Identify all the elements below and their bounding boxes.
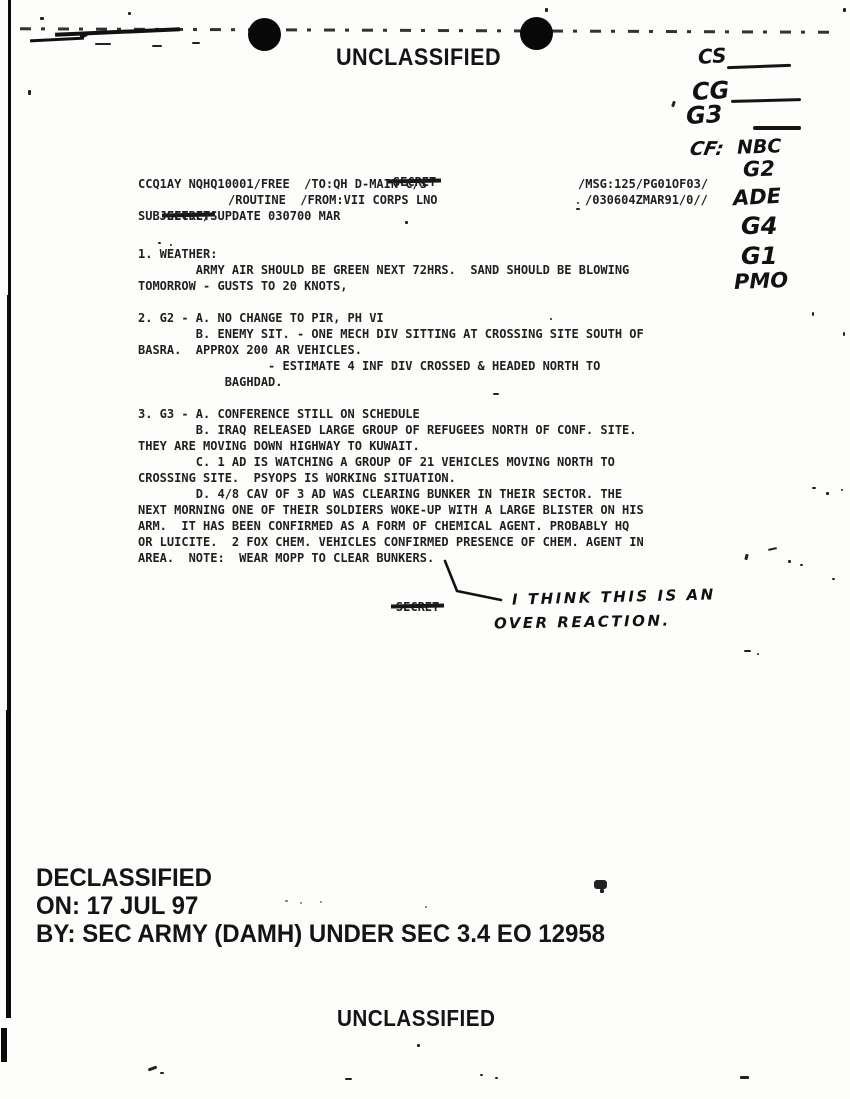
noise-speck	[757, 653, 759, 655]
noise-speck	[768, 547, 777, 551]
routing-g2: G2	[743, 156, 776, 181]
routing-cs: CS	[697, 43, 727, 69]
message-subject-line: SUBJECT:C/SUPDATE 030700 MAR	[138, 208, 340, 224]
routing-cf-value: NBC	[737, 135, 782, 159]
noise-speck	[843, 8, 846, 12]
routing-pmo: PMO	[734, 268, 789, 294]
noise-speck	[152, 45, 162, 47]
noise-speck	[95, 43, 111, 45]
declassified-stamp-line1: DECLASSIFIED	[36, 864, 212, 892]
declassified-stamp-line3: BY: SEC ARMY (DAMH) UNDER SEC 3.4 EO 129…	[36, 920, 605, 948]
handwritten-note-line1: I THINK THIS IS AN	[512, 585, 716, 608]
routing-g3: G3	[685, 100, 723, 130]
declassified-stamp-line2: ON: 17 JUL 97	[36, 892, 198, 920]
noise-speck	[40, 17, 44, 20]
noise-speck	[148, 1066, 157, 1072]
noise-speck	[744, 554, 748, 561]
noise-speck	[300, 902, 302, 904]
noise-speck	[576, 208, 580, 210]
hole-punch-left-mark	[248, 18, 281, 51]
noise-speck	[285, 900, 288, 902]
noise-speck	[158, 242, 161, 244]
message-body: 1. WEATHER: ARMY AIR SHOULD BE GREEN NEX…	[138, 246, 644, 566]
noise-speck	[160, 1072, 164, 1074]
noise-speck	[128, 12, 131, 15]
noise-speck	[800, 564, 803, 566]
secret-stamp-bottom-text: SECRET	[396, 599, 439, 615]
routing-cf: CF:	[688, 138, 725, 160]
noise-speck	[417, 1044, 420, 1047]
noise-speck	[320, 901, 322, 903]
noise-speck	[812, 487, 816, 489]
message-header-line2-mid: /ROUTINE /FROM:VII CORPS LNO	[228, 192, 438, 208]
noise-speck	[788, 560, 791, 563]
routing-g1: G1	[741, 242, 777, 270]
document-page: UNCLASSIFIED CS CG G3 CF: NBC G2 ADE G4 …	[0, 0, 850, 1099]
secret-stamp-bottom: SECRET	[367, 583, 439, 631]
noise-speck	[495, 1077, 498, 1079]
noise-speck	[545, 8, 548, 12]
scan-noise-arrow	[30, 37, 84, 42]
noise-speck	[577, 202, 579, 204]
noise-speck	[192, 42, 200, 44]
noise-speck	[843, 332, 845, 336]
routing-g4: G4	[741, 212, 777, 240]
message-header-line2-right: /030604ZMAR91/0//	[585, 192, 708, 208]
noise-speck	[550, 318, 552, 320]
scan-line-left-edge	[7, 295, 11, 715]
noise-speck	[405, 221, 408, 224]
note-connector-line	[435, 558, 510, 606]
noise-speck	[480, 1074, 483, 1076]
noise-speck	[28, 90, 31, 95]
noise-speck	[812, 312, 814, 316]
noise-speck	[744, 650, 751, 652]
message-header-line1-right: /MSG:125/PG01OF03/	[578, 176, 708, 192]
message-header-line1-left: CCQ1AY NQHQ10001/FREE /TO:QH D-MAIN C/S	[138, 176, 427, 192]
routing-g3-underline	[753, 126, 801, 130]
routing-cs-underline	[727, 64, 791, 69]
bottom-classification-banner: UNCLASSIFIED	[337, 1005, 495, 1032]
hole-punch-right-mark	[520, 17, 553, 50]
noise-speck	[832, 578, 835, 580]
routing-ade: ADE	[732, 184, 781, 210]
noise-speck	[425, 906, 427, 908]
scan-line-left-edge	[8, 0, 11, 300]
scan-line-left-edge	[6, 710, 11, 1018]
top-classification-banner: UNCLASSIFIED	[336, 44, 501, 72]
scan-line-left-edge	[1, 1028, 7, 1062]
noise-speck	[671, 101, 676, 108]
noise-speck	[740, 1076, 749, 1079]
ink-blob-mark	[594, 880, 607, 889]
scan-noise-arrowhead	[80, 33, 88, 40]
noise-speck	[345, 1078, 352, 1080]
routing-cg-underline	[731, 98, 801, 103]
noise-speck	[826, 492, 829, 495]
noise-speck	[841, 489, 843, 491]
ink-blob-mark	[600, 889, 604, 893]
handwritten-note-line2: OVER REACTION.	[494, 611, 671, 632]
noise-speck	[493, 393, 499, 395]
